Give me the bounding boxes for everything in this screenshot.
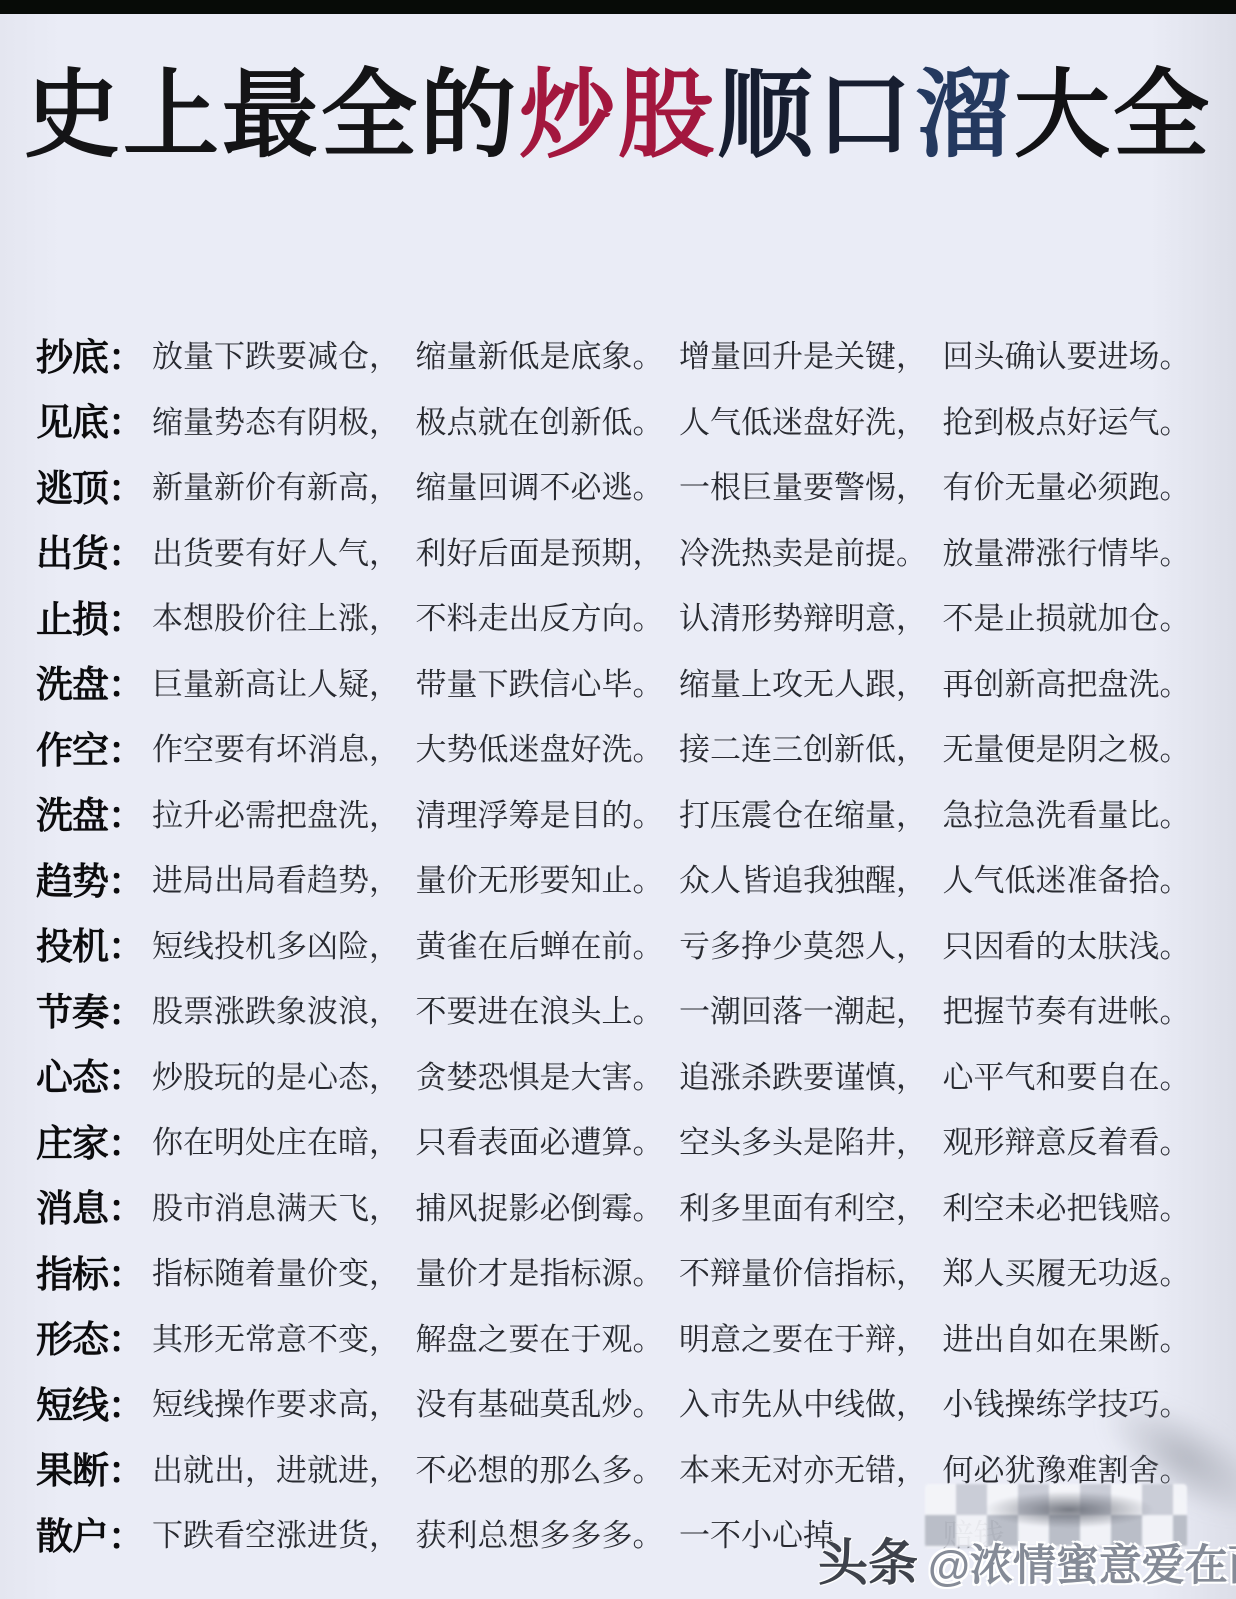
- jingle-row: 投机：短线投机多凶险，黄雀在后蝉在前。亏多挣少莫怨人，只因看的太肤浅。: [36, 911, 1206, 977]
- row-phrase: 进出自如在果断。: [943, 1314, 1207, 1359]
- row-phrase: 拉升必需把盘洗，: [152, 790, 416, 835]
- row-phrases: 进局出局看趋势，量价无形要知止。众人皆追我独醒，人气低迷准备拾。: [152, 855, 1206, 900]
- row-phrase: 心平气和要自在。: [943, 1052, 1207, 1097]
- row-phrase: 出就出，进就进，: [152, 1445, 416, 1490]
- row-label: 指标：: [36, 1244, 152, 1298]
- jingle-row: 洗盘：拉升必需把盘洗，清理浮筹是目的。打压震仓在缩量，急拉急洗看量比。: [36, 780, 1206, 846]
- jingle-row: 逃顶：新量新价有新高，缩量回调不必逃。一根巨量要警惕，有价无量必须跑。: [36, 452, 1206, 518]
- row-phrase: 作空要有坏消息，: [152, 724, 416, 769]
- row-label: 作空：: [36, 720, 152, 774]
- row-label: 趋势：: [36, 851, 152, 905]
- row-phrases: 巨量新高让人疑，带量下跌信心毕。缩量上攻无人跟，再创新高把盘洗。: [152, 659, 1206, 704]
- row-phrase: 黄雀在后蝉在前。: [416, 921, 680, 966]
- row-phrase: 认清形势辩明意，: [679, 593, 943, 638]
- title-segment: 大全: [1014, 62, 1212, 169]
- top-black-bar: [0, 0, 1236, 14]
- row-phrases: 短线投机多凶险，黄雀在后蝉在前。亏多挣少莫怨人，只因看的太肤浅。: [152, 921, 1206, 966]
- row-phrase: 有价无量必须跑。: [943, 462, 1207, 507]
- row-phrases: 新量新价有新高，缩量回调不必逃。一根巨量要警惕，有价无量必须跑。: [152, 462, 1206, 507]
- row-label: 投机：: [36, 916, 152, 970]
- title-segment: 炒股: [519, 62, 717, 169]
- row-phrase: 郑人买履无功返。: [943, 1248, 1207, 1293]
- row-phrase: 利空未必把钱赔。: [943, 1183, 1207, 1228]
- row-phrase: 缩量上攻无人跟，: [679, 659, 943, 704]
- row-phrase: 带量下跌信心毕。: [416, 659, 680, 704]
- row-phrase: 人气低迷盘好洗，: [679, 397, 943, 442]
- row-phrase: 一根巨量要警惕，: [679, 462, 943, 507]
- row-phrase: 新量新价有新高，: [152, 462, 416, 507]
- row-label: 逃顶：: [36, 458, 152, 512]
- row-phrase: 亏多挣少莫怨人，: [679, 921, 943, 966]
- row-phrase: 无量便是阴之极。: [943, 724, 1207, 769]
- row-phrase: 冷洗热卖是前提。: [679, 528, 943, 573]
- row-phrases: 拉升必需把盘洗，清理浮筹是目的。打压震仓在缩量，急拉急洗看量比。: [152, 790, 1206, 835]
- row-phrase: 打压震仓在缩量，: [679, 790, 943, 835]
- row-phrase: 利多里面有利空，: [679, 1183, 943, 1228]
- row-label: 洗盘：: [36, 654, 152, 708]
- row-phrases: 出就出，进就进，不必想的那么多。本来无对亦无错，何必犹豫难割舍。: [152, 1445, 1206, 1490]
- row-phrase: 接二连三创新低，: [679, 724, 943, 769]
- row-phrase: 本想股价往上涨，: [152, 593, 416, 638]
- row-phrase: 大势低迷盘好洗。: [416, 724, 680, 769]
- row-label: 心态：: [36, 1047, 152, 1101]
- watermark-platform-logo: 头条: [818, 1523, 918, 1595]
- row-label: 见底：: [36, 392, 152, 446]
- watermark-author-handle: @浓情蜜意爱在西元前: [928, 1532, 1236, 1593]
- row-label: 节奏：: [36, 982, 152, 1036]
- row-phrase: 贪婪恐惧是大害。: [416, 1052, 680, 1097]
- row-phrase: 指标随着量价变，: [152, 1248, 416, 1293]
- row-label: 庄家：: [36, 1113, 152, 1167]
- row-label: 短线：: [36, 1375, 152, 1429]
- row-phrase: 急拉急洗看量比。: [943, 790, 1207, 835]
- jingle-row: 抄底：放量下跌要减仓，缩量新低是底象。增量回升是关键，回头确认要进场。: [36, 321, 1206, 387]
- row-phrase: 追涨杀跌要谨慎，: [679, 1052, 943, 1097]
- row-phrases: 股票涨跌象波浪，不要进在浪头上。一潮回落一潮起，把握节奏有进帐。: [152, 986, 1206, 1031]
- jingle-list: 抄底：放量下跌要减仓，缩量新低是底象。增量回升是关键，回头确认要进场。见底：缩量…: [36, 321, 1206, 1566]
- row-phrase: 放量滞涨行情毕。: [943, 528, 1207, 573]
- row-phrase: 一潮回落一潮起，: [679, 986, 943, 1031]
- jingle-row: 庄家：你在明处庄在暗，只看表面必遭算。空头多头是陷井，观形辩意反着看。: [36, 1107, 1206, 1173]
- row-phrase: 观形辩意反着看。: [943, 1117, 1207, 1162]
- row-phrase: 极点就在创新低。: [416, 397, 680, 442]
- row-phrase: 捕风捉影必倒霉。: [416, 1183, 680, 1228]
- row-phrase: 没有基础莫乱炒。: [416, 1379, 680, 1424]
- row-phrase: 股票涨跌象波浪，: [152, 986, 416, 1031]
- row-label: 出货：: [36, 523, 152, 577]
- row-phrase: 只看表面必遭算。: [416, 1117, 680, 1162]
- row-phrase: 众人皆追我独醒，: [679, 855, 943, 900]
- row-phrase: 其形无常意不变，: [152, 1314, 416, 1359]
- row-phrases: 放量下跌要减仓，缩量新低是底象。增量回升是关键，回头确认要进场。: [152, 331, 1206, 376]
- jingle-row: 洗盘：巨量新高让人疑，带量下跌信心毕。缩量上攻无人跟，再创新高把盘洗。: [36, 649, 1206, 715]
- jingle-row: 指标：指标随着量价变，量价才是指标源。不辩量价信指标，郑人买履无功返。: [36, 1238, 1206, 1304]
- row-label: 抄底：: [36, 327, 152, 381]
- row-label: 散户：: [36, 1506, 152, 1560]
- row-phrase: 不必想的那么多。: [416, 1445, 680, 1490]
- row-phrases: 指标随着量价变，量价才是指标源。不辩量价信指标，郑人买履无功返。: [152, 1248, 1206, 1293]
- jingle-row: 短线：短线操作要求高，没有基础莫乱炒。入市先从中线做，小钱操练学技巧。: [36, 1369, 1206, 1435]
- poster-page: 史上最全的炒股顺口溜大全 抄底：放量下跌要减仓，缩量新低是底象。增量回升是关键，…: [0, 0, 1236, 1599]
- row-phrase: 获利总想多多多。: [416, 1510, 680, 1555]
- row-phrases: 股市消息满天飞，捕风捉影必倒霉。利多里面有利空，利空未必把钱赔。: [152, 1183, 1206, 1228]
- jingle-row: 见底：缩量势态有阴极，极点就在创新低。人气低迷盘好洗，抢到极点好运气。: [36, 387, 1206, 453]
- row-phrase: 空头多头是陷井，: [679, 1117, 943, 1162]
- row-phrase: 本来无对亦无错，: [679, 1445, 943, 1490]
- row-phrase: 不是止损就加仓。: [943, 593, 1207, 638]
- row-phrase: 明意之要在于辩，: [679, 1314, 943, 1359]
- row-phrase: 不要进在浪头上。: [416, 986, 680, 1031]
- row-phrases: 作空要有坏消息，大势低迷盘好洗。接二连三创新低，无量便是阴之极。: [152, 724, 1206, 769]
- row-phrase: 抢到极点好运气。: [943, 397, 1207, 442]
- row-phrase: 清理浮筹是目的。: [416, 790, 680, 835]
- row-phrase: 缩量势态有阴极，: [152, 397, 416, 442]
- row-phrase: 量价才是指标源。: [416, 1248, 680, 1293]
- row-phrase: 短线操作要求高，: [152, 1379, 416, 1424]
- jingle-row: 形态：其形无常意不变，解盘之要在于观。明意之要在于辩，进出自如在果断。: [36, 1304, 1206, 1370]
- row-phrase: 放量下跌要减仓，: [152, 331, 416, 376]
- row-label: 形态：: [36, 1309, 152, 1363]
- row-phrases: 其形无常意不变，解盘之要在于观。明意之要在于辩，进出自如在果断。: [152, 1314, 1206, 1359]
- row-phrase: 增量回升是关键，: [679, 331, 943, 376]
- row-phrase: 巨量新高让人疑，: [152, 659, 416, 704]
- jingle-row: 趋势：进局出局看趋势，量价无形要知止。众人皆追我独醒，人气低迷准备拾。: [36, 845, 1206, 911]
- row-phrase: 进局出局看趋势，: [152, 855, 416, 900]
- row-phrase: 炒股玩的是心态，: [152, 1052, 416, 1097]
- row-phrase: 只因看的太肤浅。: [943, 921, 1207, 966]
- row-label: 止损：: [36, 589, 152, 643]
- jingle-row: 作空：作空要有坏消息，大势低迷盘好洗。接二连三创新低，无量便是阴之极。: [36, 714, 1206, 780]
- row-phrase: 不料走出反方向。: [416, 593, 680, 638]
- row-phrase: 你在明处庄在暗，: [152, 1117, 416, 1162]
- row-phrase: 下跌看空涨进货，: [152, 1510, 416, 1555]
- title-segment: 溜: [915, 62, 1014, 169]
- jingle-row: 节奏：股票涨跌象波浪，不要进在浪头上。一潮回落一潮起，把握节奏有进帐。: [36, 976, 1206, 1042]
- row-phrase: 出货要有好人气，: [152, 528, 416, 573]
- title-segment: 顺口: [717, 62, 915, 169]
- row-phrase: 把握节奏有进帐。: [943, 986, 1207, 1031]
- row-phrases: 你在明处庄在暗，只看表面必遭算。空头多头是陷井，观形辩意反着看。: [152, 1117, 1206, 1162]
- row-phrase: 再创新高把盘洗。: [943, 659, 1207, 704]
- row-phrase: 量价无形要知止。: [416, 855, 680, 900]
- row-label: 果断：: [36, 1440, 152, 1494]
- row-phrases: 出货要有好人气，利好后面是预期，冷洗热卖是前提。放量滞涨行情毕。: [152, 528, 1206, 573]
- row-label: 洗盘：: [36, 785, 152, 839]
- row-phrases: 炒股玩的是心态，贪婪恐惧是大害。追涨杀跌要谨慎，心平气和要自在。: [152, 1052, 1206, 1097]
- row-phrase: 缩量新低是底象。: [416, 331, 680, 376]
- title-segment: 史上最全的: [24, 62, 519, 169]
- jingle-row: 消息：股市消息满天飞，捕风捉影必倒霉。利多里面有利空，利空未必把钱赔。: [36, 1173, 1206, 1239]
- row-phrase: 缩量回调不必逃。: [416, 462, 680, 507]
- row-phrases: 本想股价往上涨，不料走出反方向。认清形势辩明意，不是止损就加仓。: [152, 593, 1206, 638]
- row-phrase: 利好后面是预期，: [416, 528, 680, 573]
- row-phrase: 回头确认要进场。: [943, 331, 1207, 376]
- watermark: 头条 @浓情蜜意爱在西元前: [818, 1523, 1236, 1595]
- row-phrase: 入市先从中线做，: [679, 1379, 943, 1424]
- jingle-row: 出货：出货要有好人气，利好后面是预期，冷洗热卖是前提。放量滞涨行情毕。: [36, 518, 1206, 584]
- row-phrase: 股市消息满天飞，: [152, 1183, 416, 1228]
- jingle-row: 心态：炒股玩的是心态，贪婪恐惧是大害。追涨杀跌要谨慎，心平气和要自在。: [36, 1042, 1206, 1108]
- row-phrase: 短线投机多凶险，: [152, 921, 416, 966]
- row-label: 消息：: [36, 1178, 152, 1232]
- row-phrase: 人气低迷准备拾。: [943, 855, 1207, 900]
- row-phrase: 不辩量价信指标，: [679, 1248, 943, 1293]
- jingle-row: 止损：本想股价往上涨，不料走出反方向。认清形势辩明意，不是止损就加仓。: [36, 583, 1206, 649]
- row-phrases: 缩量势态有阴极，极点就在创新低。人气低迷盘好洗，抢到极点好运气。: [152, 397, 1206, 442]
- page-title: 史上最全的炒股顺口溜大全: [0, 62, 1236, 170]
- row-phrases: 短线操作要求高，没有基础莫乱炒。入市先从中线做，小钱操练学技巧。: [152, 1379, 1206, 1424]
- row-phrase: 解盘之要在于观。: [416, 1314, 680, 1359]
